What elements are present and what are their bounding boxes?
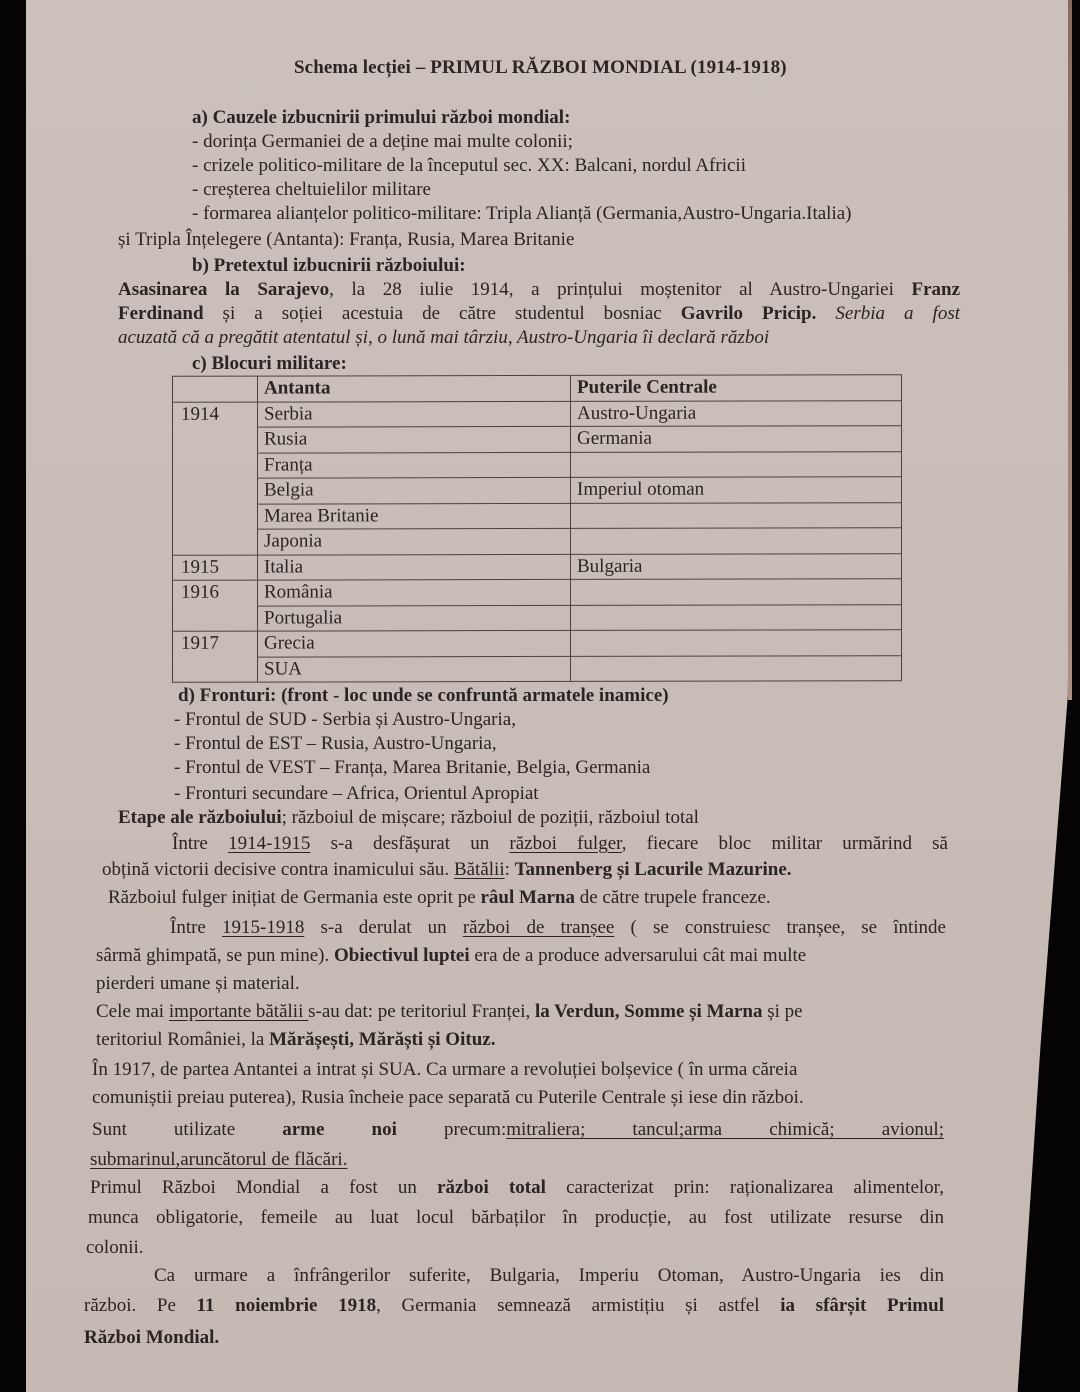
paragraph-line: comuniștii preiau puterea), Rusia închei… (92, 1086, 804, 1110)
text: precum: (397, 1119, 506, 1140)
centrale-cell (571, 604, 902, 630)
paragraph-line: Sunt utilizate arme noi precum:mitralier… (92, 1118, 944, 1142)
year-cell (173, 427, 258, 453)
cause-item: - creșterea cheltuielilor militare (192, 178, 431, 202)
year-cell (173, 606, 258, 632)
year-cell (173, 478, 258, 504)
cause-item: - dorința Germaniei de a deține mai mult… (192, 130, 573, 154)
header-cell: Antanta (258, 375, 571, 401)
front-item: - Frontul de SUD - Serbia și Austro-Unga… (174, 708, 516, 732)
text: Cele mai (96, 1001, 169, 1022)
text: și a soției acestuia de către studentul … (204, 303, 681, 324)
paragraph-line: obțină victorii decisive contra inamicul… (102, 858, 792, 882)
centrale-cell (571, 502, 902, 528)
pretext-line-1: Asasinarea la Sarajevo, la 28 iulie 1914… (118, 278, 960, 302)
text: arme noi (282, 1119, 397, 1140)
page-edge (1068, 0, 1072, 700)
assassination-label: Asasinarea la Sarajevo (118, 279, 329, 300)
antanta-cell: Marea Britanie (258, 503, 571, 529)
name: Ferdinand (118, 303, 204, 324)
text: sârmă ghimpată, se pun mine). (96, 945, 334, 966)
text: la Verdun, Somme și Marna (535, 1001, 763, 1022)
centrale-cell (571, 655, 902, 681)
table-row: SUA (173, 655, 902, 682)
name: Gavrilo Pricip. (681, 303, 817, 324)
cause-continuation: și Tripla Înțelegere (Antanta): Franța, … (118, 228, 574, 252)
text: Războiul fulger inițiat de Germania este… (108, 887, 481, 908)
year-cell (173, 504, 258, 530)
centrale-cell: Bulgaria (571, 553, 902, 579)
text: și pe (763, 1001, 803, 1022)
year-cell: 1915 (173, 555, 258, 581)
centrale-cell (571, 451, 902, 477)
paragraph-line: război. Pe 11 noiembrie 1918, Germania s… (84, 1294, 944, 1318)
text: ; războiul de mișcare; războiul de poziț… (282, 807, 699, 828)
table-row: RusiaGermania (173, 426, 902, 453)
text: ( se construiesc tranșee, se întinde (614, 917, 946, 938)
text: obțină victorii decisive contra inamicul… (102, 859, 454, 880)
etape-label: Etape ale războiului (118, 807, 282, 828)
text: s-a desfășurat un (310, 833, 509, 854)
text: râul Marna (481, 887, 575, 908)
text: teritoriul României, la (96, 1029, 269, 1050)
paragraph-line: Ca urmare a înfrângerilor suferite, Bulg… (154, 1264, 944, 1288)
text: , fiecare bloc militar urmărind să (622, 833, 948, 854)
table-row: BelgiaImperiul otoman (173, 477, 902, 504)
paragraph-line: teritoriul României, la Mărășești, Mărăș… (96, 1028, 495, 1052)
text: s-au dat: pe teritoriul Franței, (308, 1001, 535, 1022)
text: război de tranșee (463, 917, 615, 938)
text: 11 noiembrie 1918 (197, 1295, 377, 1316)
section-b-heading: b) Pretextul izbucnirii războiului: (192, 254, 466, 278)
table-row: 1914SerbiaAustro-Ungaria (173, 400, 902, 427)
table-header-row: Antanta Puterile Centrale (173, 375, 902, 402)
name: Franz (911, 279, 960, 300)
text: 1914-1915 (228, 833, 310, 854)
text: război total (437, 1177, 546, 1198)
year-cell: 1917 (173, 631, 258, 657)
antanta-cell: Rusia (258, 426, 571, 452)
table-row: Marea Britanie (173, 502, 902, 529)
antanta-cell: Portugalia (258, 605, 571, 631)
text: Obiectivul luptei (334, 945, 470, 966)
paragraph-line: Între 1915-1918 s-a derulat un război de… (170, 916, 946, 940)
pretext-line-2: Ferdinand și a soției acestuia de către … (118, 302, 960, 326)
antanta-cell: Serbia (258, 401, 571, 427)
text: Sunt utilizate (92, 1119, 282, 1140)
table-row: Japonia (173, 528, 902, 555)
paragraph-line: Între 1914-1915 s-a desfășurat un război… (172, 832, 948, 856)
paragraph-line: munca obligatorie, femeile au luat locul… (88, 1206, 944, 1230)
text: mitraliera; tancul;arma chimică; avionul… (506, 1119, 944, 1140)
text: : (505, 859, 515, 880)
paragraph-line: sârmă ghimpată, se pun mine). Obiectivul… (96, 944, 806, 968)
header-cell (173, 376, 258, 402)
table-row: 1917Grecia (173, 630, 902, 657)
etape-line: Etape ale războiului; războiul de mișcar… (118, 806, 699, 830)
year-cell: 1914 (173, 402, 258, 428)
text: , la 28 iulie 1914, a prințului moștenit… (329, 279, 894, 300)
header-cell: Puterile Centrale (571, 375, 902, 401)
pretext-line-3: acuzată că a pregătit atentatul și, o lu… (118, 326, 769, 350)
antanta-cell: Italia (258, 554, 571, 580)
year-cell (173, 529, 258, 555)
text: Serbia a fost (816, 303, 960, 324)
paragraph-line: Război Mondial. (84, 1326, 219, 1350)
year-cell: 1916 (173, 580, 258, 606)
paragraph-line: colonii. (86, 1236, 144, 1260)
antanta-cell: Franța (258, 452, 571, 478)
table-row: Franța (173, 451, 902, 478)
text: Între (172, 833, 228, 854)
text: Mărășești, Mărăști și Oituz. (269, 1029, 495, 1050)
paragraph-line: Războiul fulger inițiat de Germania este… (108, 886, 771, 910)
text: importante bătălii (169, 1001, 308, 1022)
centrale-cell (571, 528, 902, 554)
centrale-cell (571, 579, 902, 605)
paragraph-line: În 1917, de partea Antantei a intrat și … (92, 1058, 797, 1082)
paragraph-line: submarinul,aruncătorul de flăcări. (90, 1148, 347, 1172)
section-d-heading: d) Fronturi: (front - loc unde se confru… (178, 684, 669, 708)
text: s-a derulat un (304, 917, 463, 938)
text: Tannenberg și Lacurile Mazurine. (515, 859, 792, 880)
text: caracterizat prin: raționalizarea alimen… (546, 1177, 944, 1198)
text: Între (170, 917, 222, 938)
centrale-cell: Germania (571, 426, 902, 452)
page-title: Schema lecției – PRIMUL RĂZBOI MONDIAL (… (294, 57, 787, 79)
paragraph-line: Cele mai importante bătălii s-au dat: pe… (96, 1000, 803, 1024)
year-cell (173, 657, 258, 683)
centrale-cell: Austro-Ungaria (571, 400, 902, 426)
text: , Germania semnează armistițiu și astfel (376, 1295, 780, 1316)
centrale-cell (571, 630, 902, 656)
table-row: Portugalia (173, 604, 902, 631)
antanta-cell: Grecia (258, 630, 571, 656)
text: război. Pe (84, 1295, 197, 1316)
section-a-heading: a) Cauzele izbucnirii primului război mo… (192, 106, 570, 130)
text: Primul Război Mondial a fost un (90, 1177, 437, 1198)
front-item: - Fronturi secundare – Africa, Orientul … (174, 782, 539, 806)
paragraph-line: pierderi umane și material. (96, 972, 300, 996)
antanta-cell: Belgia (258, 477, 571, 503)
military-blocs-table: Antanta Puterile Centrale 1914SerbiaAust… (172, 374, 902, 683)
text: ia sfârșit Primul (780, 1295, 944, 1316)
cause-item: - crizele politico-militare de la începu… (192, 154, 746, 178)
text: de către trupele franceze. (575, 887, 771, 908)
section-c-heading: c) Blocuri militare: (192, 352, 347, 376)
table-row: 1915ItaliaBulgaria (173, 553, 902, 580)
year-cell (173, 453, 258, 479)
front-item: - Frontul de EST – Rusia, Austro-Ungaria… (174, 732, 497, 756)
antanta-cell: SUA (258, 656, 571, 682)
antanta-cell: Japonia (258, 528, 571, 554)
text: 1915-1918 (222, 917, 304, 938)
text: război fulger (509, 833, 621, 854)
table-row: 1916România (173, 579, 902, 606)
text: Bătălii (454, 859, 505, 880)
antanta-cell: România (258, 579, 571, 605)
paragraph-line: Primul Război Mondial a fost un război t… (90, 1176, 944, 1200)
centrale-cell: Imperiul otoman (571, 477, 902, 503)
front-item: - Frontul de VEST – Franța, Marea Britan… (174, 756, 650, 780)
cause-item: - formarea alianțelor politico-militare:… (192, 202, 852, 226)
text: era de a produce adversarului cât mai mu… (470, 945, 807, 966)
